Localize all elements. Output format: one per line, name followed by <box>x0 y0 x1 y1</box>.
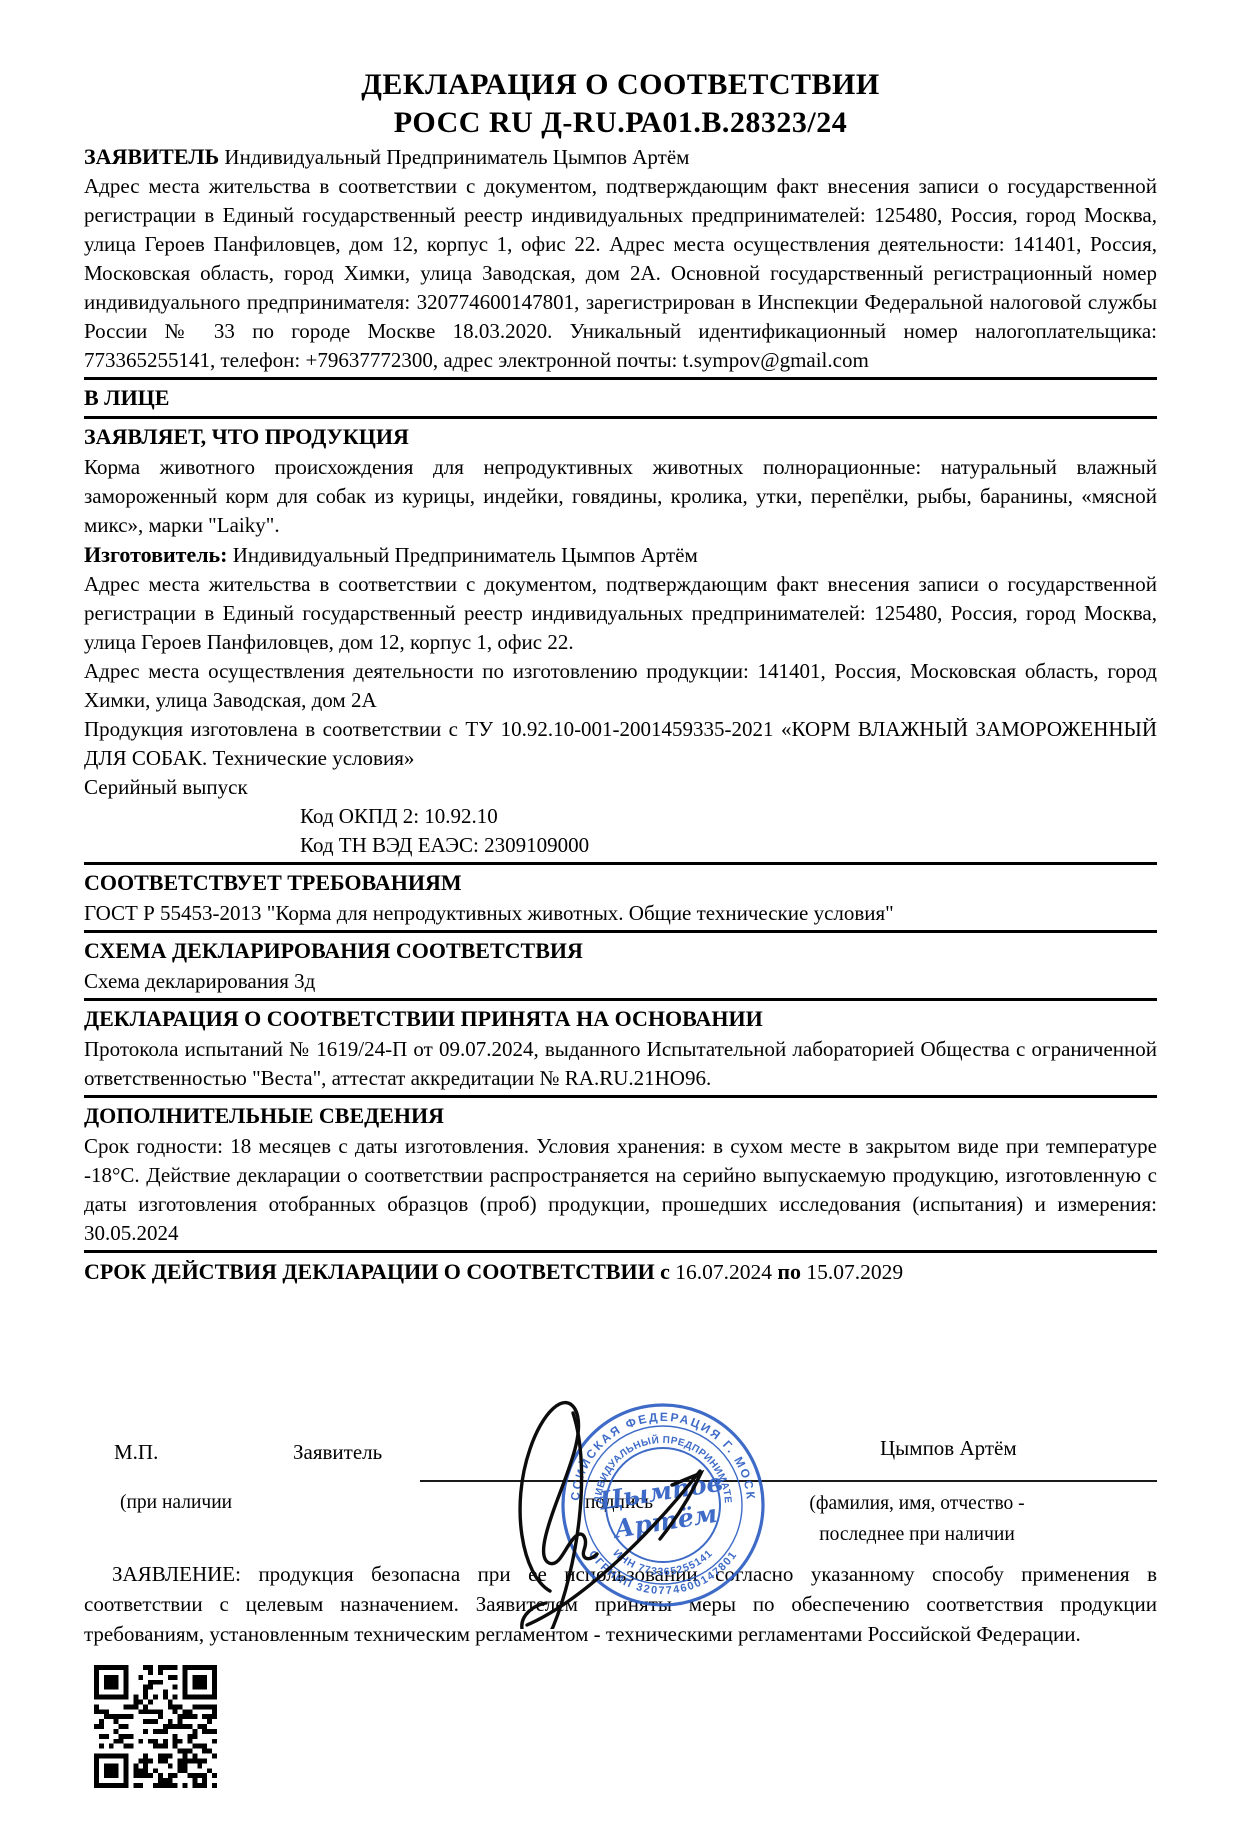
section-additional: ДОПОЛНИТЕЛЬНЫЕ СВЕДЕНИЯ <box>84 1100 1157 1132</box>
additional-body: Срок годности: 18 месяцев с даты изготов… <box>84 1132 1157 1248</box>
safety-statement: ЗАЯВЛЕНИЕ: продукция безопасна при ее ис… <box>84 1559 1157 1649</box>
validity-to-date: 15.07.2029 <box>806 1260 903 1284</box>
section-divider <box>84 1250 1157 1253</box>
section-basis: ДЕКЛАРАЦИЯ О СООТВЕТСТВИИ ПРИНЯТА НА ОСН… <box>84 1003 1157 1035</box>
validity-label: СРОК ДЕЙСТВИЯ ДЕКЛАРАЦИИ О СООТВЕТСТВИИ <box>84 1259 655 1284</box>
applicant-label: ЗАЯВИТЕЛЬ <box>84 144 219 169</box>
name-note: (фамилия, имя, отчество - последнее при … <box>777 1488 1057 1550</box>
title-line-1: ДЕКЛАРАЦИЯ О СООТВЕТСТВИИ <box>84 66 1157 104</box>
section-complies: СООТВЕТСТВУЕТ ТРЕБОВАНИЯМ <box>84 867 1157 899</box>
section-divider <box>84 416 1157 419</box>
title-line-2: РОСС RU Д-RU.РА01.В.28323/24 <box>84 104 1157 142</box>
section-divider <box>84 862 1157 865</box>
basis-body: Протокола испытаний № 1619/24-П от 09.07… <box>84 1035 1157 1093</box>
document-title: ДЕКЛАРАЦИЯ О СООТВЕТСТВИИ РОСС RU Д-RU.Р… <box>84 66 1157 142</box>
signature-note: подпись <box>585 1490 653 1516</box>
product-description: Корма животного происхождения для непрод… <box>84 453 1157 540</box>
stamp-inner-top-text: • ИНДИВИДУАЛЬНЫЙ ПРЕДПРИНИМАТЕЛЬ • <box>558 1400 733 1504</box>
validity-from-word: с <box>660 1259 670 1284</box>
signature-line <box>420 1480 1157 1482</box>
applicant-name: Индивидуальный Предприниматель Цымпов Ар… <box>224 145 689 169</box>
applicant-role-label: Заявитель <box>293 1439 382 1465</box>
section-divider <box>84 998 1157 1001</box>
mp-note: (при наличии <box>120 1490 232 1516</box>
section-divider <box>84 377 1157 380</box>
okpd-code: Код ОКПД 2: 10.92.10 <box>84 802 1157 831</box>
signature-block: М.П. Заявитель Цымпов Артём (при наличии… <box>84 1287 1157 1559</box>
manufacturer-label: Изготовитель: <box>84 542 228 567</box>
section-divider <box>84 930 1157 933</box>
scheme-body: Схема декларирования 3д <box>84 967 1157 996</box>
manufacturer-name: Индивидуальный Предприниматель Цымпов Ар… <box>233 543 698 567</box>
validity-line: СРОК ДЕЙСТВИЯ ДЕКЛАРАЦИИ О СООТВЕТСТВИИ … <box>84 1255 1157 1287</box>
section-scheme: СХЕМА ДЕКЛАРИРОВАНИЯ СООТВЕТСТВИЯ <box>84 935 1157 967</box>
declaration-document: ДЕКЛАРАЦИЯ О СООТВЕТСТВИИ РОСС RU Д-RU.Р… <box>0 0 1241 1828</box>
applicant-lead: ЗАЯВИТЕЛЬ Индивидуальный Предприниматель… <box>84 142 1157 172</box>
name-note-line1: (фамилия, имя, отчество - <box>809 1493 1024 1514</box>
section-divider <box>84 1095 1157 1098</box>
svg-text:• ИНДИВИДУАЛЬНЫЙ ПРЕДПРИНИМАТЕ: • ИНДИВИДУАЛЬНЫЙ ПРЕДПРИНИМАТЕЛЬ • <box>558 1400 733 1504</box>
manufacturer-address: Адрес места жительства в соответствии с … <box>84 570 1157 657</box>
validity-from-date: 16.07.2024 <box>675 1260 772 1284</box>
section-in-person: В ЛИЦЕ <box>84 382 1157 414</box>
validity-to-word: по <box>777 1259 801 1284</box>
serial-type: Серийный выпуск <box>84 773 1157 802</box>
manufacturer-lead: Изготовитель: Индивидуальный Предпринима… <box>84 540 1157 570</box>
stamp-place-label: М.П. <box>114 1439 158 1465</box>
applicant-details: Адрес места жительства в соответствии с … <box>84 172 1157 375</box>
production-address: Адрес места осуществления деятельности п… <box>84 657 1157 715</box>
complies-body: ГОСТ Р 55453-2013 "Корма для непродуктив… <box>84 899 1157 928</box>
signatory-name: Цымпов Артём <box>880 1435 1017 1461</box>
svg-text:РОССИЙСКАЯ ФЕДЕРАЦИЯ Г. МОСКВА: РОССИЙСКАЯ ФЕДЕРАЦИЯ Г. МОСКВА <box>558 1400 758 1502</box>
name-note-line2: последнее при наличии <box>819 1524 1015 1545</box>
qr-code <box>94 1665 217 1788</box>
tnved-code: Код ТН ВЭД ЕАЭС: 2309109000 <box>84 831 1157 860</box>
tu-statement: Продукция изготовлена в соответствии с Т… <box>84 715 1157 773</box>
stamp-outer-top-text: РОССИЙСКАЯ ФЕДЕРАЦИЯ Г. МОСКВА <box>558 1400 758 1502</box>
section-declares: ЗАЯВЛЯЕТ, ЧТО ПРОДУКЦИЯ <box>84 421 1157 453</box>
